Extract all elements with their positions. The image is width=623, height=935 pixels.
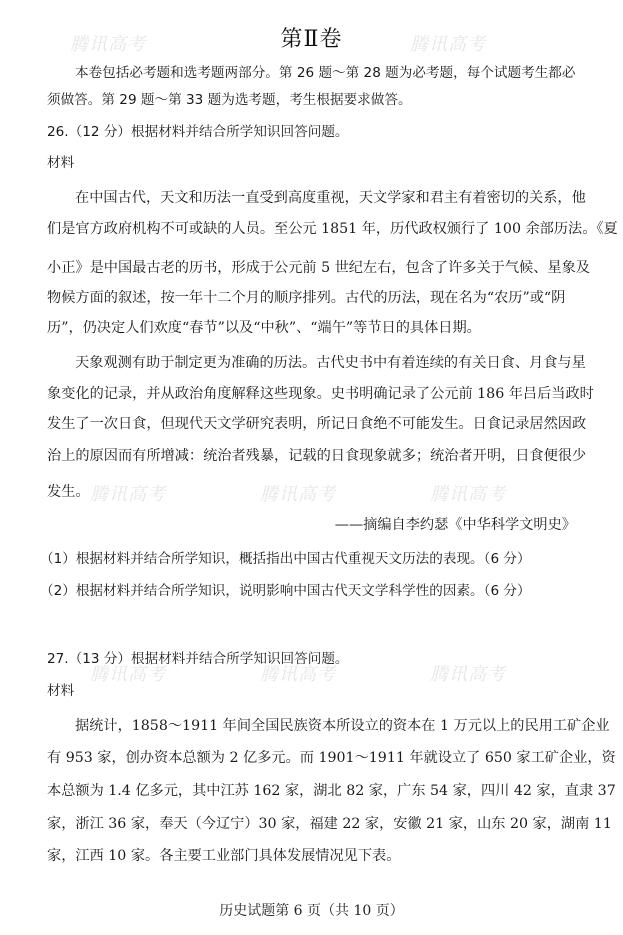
material-paragraph-line: 家，江西 10 家。各主要工业部门具体发展情况见下表。 [47,846,400,866]
sub-question-1: （1）根据材料并结合所学知识，概括指出中国古代重视天文历法的表现。（6 分） [40,549,531,569]
material-paragraph-line: 家，浙江 36 家，奉天（今辽宁）30 家，福建 22 家，安徽 21 家，山东… [47,814,612,834]
watermark: 腾讯高考 [260,480,336,506]
sub-question-2: （2）根据材料并结合所学知识，说明影响中国古代天文学科学性的因素。（6 分） [40,581,531,601]
question-27-heading: 27.（13 分）根据材料并结合所学知识回答问题。 [47,649,349,669]
exam-page: 腾讯高考 腾讯高考 腾讯高考 腾讯高考 腾讯高考 腾讯高考 腾讯高考 腾讯高考 … [0,0,623,935]
page-footer: 历史试题第 6 页（共 10 页） [0,900,623,920]
intro-text: 须做答。第 29 题～第 33 题为选考题，考生根据要求做答。 [47,90,412,110]
material-paragraph-line: 天象观测有助于制定更为准确的历法。古代史书中有着连续的有关日食、月食与星 [75,353,586,373]
material-paragraph-line: 治上的原因而有所增减：统治者残暴，记载的日食现象就多；统治者开明，日食便很少 [47,446,586,466]
section-title: 第Ⅱ卷 [0,22,623,53]
material-label: 材料 [47,681,74,701]
material-paragraph-line: 历”，仍决定人们欢度“春节”以及“中秋”、“端午”等节日的具体日期。 [47,318,481,338]
intro-text: 本卷包括必考题和选考题两部分。第 26 题～第 28 题为必考题，每个试题考生都… [75,63,575,83]
question-26-heading: 26.（12 分）根据材料并结合所学知识回答问题。 [47,122,349,142]
material-paragraph-line: 发生。 [47,482,90,502]
material-source: ——摘编自李约瑟《中华科学文明史》 [335,515,576,535]
material-label: 材料 [47,153,74,173]
material-paragraph-line: 发生了一次日食，但现代天文学研究表明，所记日食绝不可能发生。日食记录居然因政 [47,414,586,434]
watermark: 腾讯高考 [90,480,166,506]
material-paragraph-line: 据统计，1858～1911 年间全国民族资本所设立的资本在 1 万元以上的民用工… [75,716,610,736]
watermark: 腾讯高考 [430,660,506,686]
material-paragraph-line: 物候方面的叙述，按一年十二个月的顺序排列。古代的历法，现在名为“农历”或“阴 [47,288,565,308]
material-paragraph-line: 有 953 家，创办资本总额为 2 亿多元。而 1901～1911 年就设立了 … [47,748,616,768]
material-paragraph-line: 象变化的记录，并从政治角度解释这些现象。史书明确记录了公元前 186 年吕后当政… [47,384,594,404]
material-paragraph-line: 们是官方政府机构不可或缺的人员。至公元 1851 年，历代政权颁行了 100 余… [47,219,618,239]
material-paragraph-line: 本总额为 1.4 亿多元，其中江苏 162 家，湖北 82 家，广东 54 家，… [47,781,616,801]
material-paragraph-line: 在中国古代，天文和历法一直受到高度重视，天文学家和君主有着密切的关系，他 [75,188,586,208]
material-paragraph-line: 小正》是中国最古老的历书，形成于公元前 5 世纪左右，包含了许多关于气候、星象及 [47,258,590,278]
watermark: 腾讯高考 [430,480,506,506]
